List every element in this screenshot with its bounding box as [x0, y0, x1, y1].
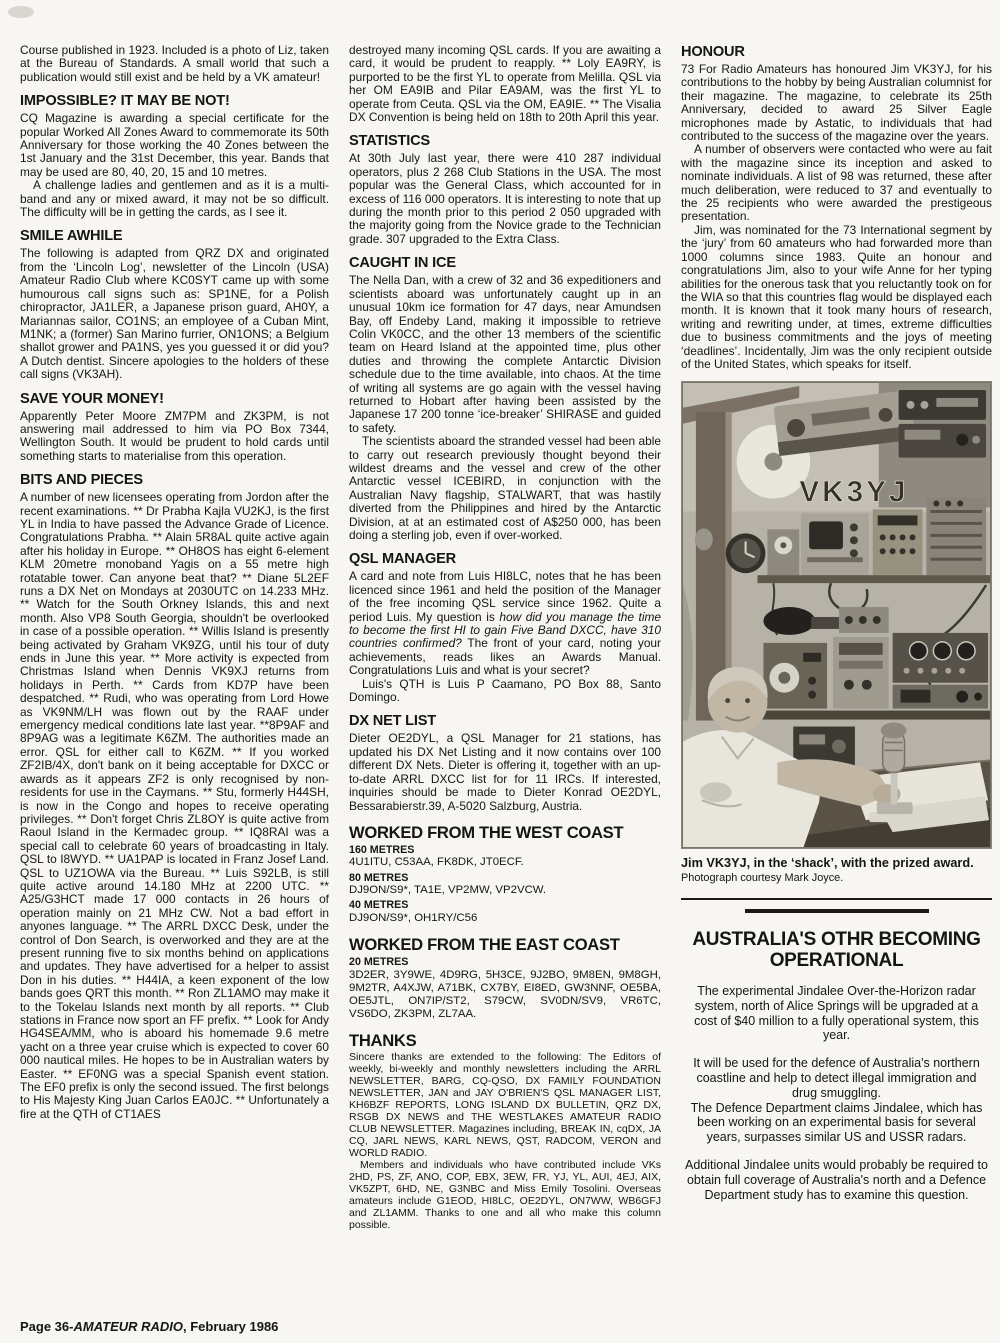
scan-smudge: [8, 6, 34, 18]
section-honour: HONOUR 73 For Radio Amateurs has honoure…: [681, 44, 992, 371]
section-heading: HONOUR: [681, 44, 992, 60]
paragraph: A card and note from Luis HI8LC, notes t…: [349, 570, 661, 677]
section-heading: SAVE YOUR MONEY!: [20, 391, 329, 407]
section-heading: SMILE AWHILE: [20, 228, 329, 244]
band-heading: 160 METRES: [349, 844, 661, 857]
section-save-your-money: SAVE YOUR MONEY! Apparently Peter Moore …: [20, 391, 329, 464]
callsign-list: DJ9ON/S9*, OH1RY/C56: [349, 912, 661, 925]
section-heading: WORKED FROM THE WEST COAST: [349, 824, 661, 842]
page-footer: Page 36-AMATEUR RADIO, February 1986: [20, 1319, 278, 1334]
section-heading: BITS AND PIECES: [20, 472, 329, 488]
paragraph: The scientists aboard the stranded vesse…: [349, 435, 661, 542]
shelf-board-upper: [758, 576, 991, 584]
section-smile-awhile: SMILE AWHILE The following is adapted fr…: [20, 228, 329, 381]
section-heading: THANKS: [349, 1032, 661, 1050]
divider-thin: [681, 898, 992, 900]
shelf-top-right-equipment: [899, 390, 986, 458]
section-thanks: THANKS Sincere thanks are extended to th…: [349, 1032, 661, 1231]
column-left: Course published in 1923. Included is a …: [20, 44, 329, 1231]
section-caught-in-ice: CAUGHT IN ICE The Nella Dan, with a crew…: [349, 255, 661, 542]
paragraph: At 30th July last year, there were 410 2…: [349, 152, 661, 246]
paragraph: A challenge ladies and gentlemen and as …: [20, 179, 329, 219]
section-heading: IMPOSSIBLE? IT MAY BE NOT!: [20, 93, 329, 109]
paragraph: Apparently Peter Moore ZM7PM and ZK3PM, …: [20, 410, 329, 464]
article-heading: AUSTRALIA'S OTHR BECOMING OPERATIONAL: [687, 929, 986, 972]
paragraph: Sincere thanks are extended to the follo…: [349, 1051, 661, 1159]
paragraph: The Nella Dan, with a crew of 32 and 36 …: [349, 274, 661, 435]
paragraph: 73 For Radio Amateurs has honoured Jim V…: [681, 63, 992, 143]
section-dx-net-list: DX NET LIST Dieter OE2DYL, a QSL Manager…: [349, 713, 661, 812]
paragraph: The experimental Jindalee Over-the-Horiz…: [683, 984, 990, 1043]
photo-credit: Photograph courtesy Mark Joyce.: [681, 872, 992, 885]
section-bits-and-pieces: BITS AND PIECES A number of new licensee…: [20, 472, 329, 1121]
section-heading: DX NET LIST: [349, 713, 661, 729]
shack-photo-illustration: VK3YJ: [682, 382, 991, 848]
wall-clock: [726, 534, 766, 574]
intro-paragraph: Course published in 1923. Included is a …: [20, 44, 329, 84]
section-worked-west-coast: WORKED FROM THE WEST COAST 160 METRES 4U…: [349, 824, 661, 925]
section-heading: QSL MANAGER: [349, 551, 661, 567]
section-statistics: STATISTICS At 30th July last year, there…: [349, 133, 661, 246]
paragraph: A number of new licensees operating from…: [20, 491, 329, 1121]
column-right: HONOUR 73 For Radio Amateurs has honoure…: [681, 44, 992, 1231]
continuation-paragraph: destroyed many incoming QSL cards. If yo…: [349, 44, 661, 124]
band-heading: 20 METRES: [349, 956, 661, 969]
section-heading: WORKED FROM THE EAST COAST: [349, 936, 661, 954]
magazine-page: Course published in 1923. Included is a …: [0, 0, 1000, 1343]
paragraph: Jim, was nominated for the 73 Internatio…: [681, 224, 992, 371]
paragraph: It will be used for the defence of Austr…: [683, 1056, 990, 1100]
footer-page-number: Page 36-: [20, 1319, 73, 1334]
section-worked-east-coast: WORKED FROM THE EAST COAST 20 METRES 3D2…: [349, 936, 661, 1021]
paragraph: A number of observers were contacted who…: [681, 143, 992, 223]
section-qsl-manager: QSL MANAGER A card and note from Luis HI…: [349, 551, 661, 704]
callsign-sign: VK3YJ: [799, 476, 908, 509]
shack-photo: VK3YJ: [681, 381, 992, 849]
section-impossible: IMPOSSIBLE? IT MAY BE NOT! CQ Magazine i…: [20, 93, 329, 219]
footer-issue-date: , February 1986: [183, 1319, 278, 1334]
callsign-list: 4U1ITU, C53AA, FK8DK, JT0ECF.: [349, 856, 661, 869]
callsign-list: 3D2ER, 3Y9WE, 4D9RG, 5H3CE, 9J2BO, 9M8EN…: [349, 969, 661, 1022]
shelf-board-lower: [756, 711, 991, 720]
paragraph: The Defence Department claims Jindalee, …: [683, 1101, 990, 1145]
paragraph: Dieter OE2DYL, a QSL Manager for 21 stat…: [349, 732, 661, 812]
paragraph: Members and individuals who have contrib…: [349, 1159, 661, 1231]
band-heading: 80 METRES: [349, 872, 661, 885]
paragraph: CQ Magazine is awarding a special certif…: [20, 112, 329, 179]
section-heading: CAUGHT IN ICE: [349, 255, 661, 271]
photo-caption: Jim VK3YJ, in the ‘shack’, with the priz…: [681, 856, 992, 871]
callsign-list: DJ9ON/S9*, TA1E, VP2MW, VP2VCW.: [349, 884, 661, 897]
section-othr: AUSTRALIA'S OTHR BECOMING OPERATIONAL Th…: [681, 929, 992, 1202]
paragraph: Additional Jindalee units would probably…: [683, 1158, 990, 1202]
paragraph: Luis's QTH is Luis P Caamano, PO Box 88,…: [349, 678, 661, 705]
paragraph: The following is adapted from QRZ DX and…: [20, 247, 329, 381]
band-heading: 40 METRES: [349, 899, 661, 912]
divider-thick: [745, 909, 929, 913]
section-heading: STATISTICS: [349, 133, 661, 149]
three-column-layout: Course published in 1923. Included is a …: [0, 0, 1000, 1231]
footer-magazine-title: AMATEUR RADIO: [73, 1319, 183, 1334]
column-middle: destroyed many incoming QSL cards. If yo…: [349, 44, 661, 1231]
